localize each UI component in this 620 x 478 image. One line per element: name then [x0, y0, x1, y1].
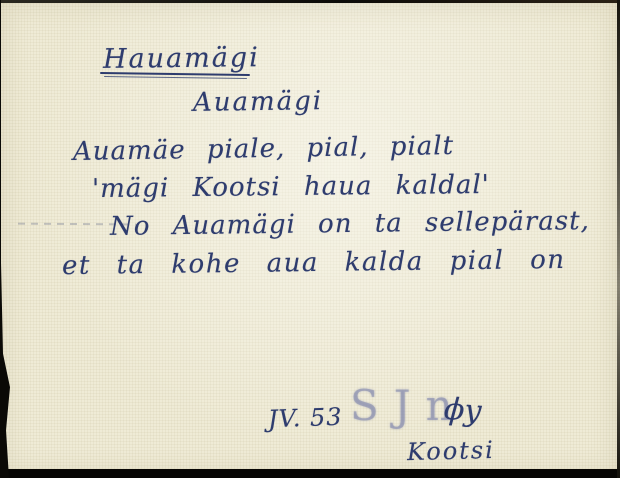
collector-date-mark: JV. 53	[268, 403, 343, 434]
body-line-1: Auamäe piale, pial, pialt	[73, 131, 454, 167]
scan-edge-top	[0, 0, 620, 3]
card-subtitle: Auamägi	[193, 86, 324, 118]
body-line-2: 'mägi Kootsi haua kaldal'	[92, 170, 490, 204]
title-underline-second	[104, 76, 247, 79]
body-line-3: No Auamägi on ta sellepärast,	[110, 206, 590, 242]
card-title: Hauamägi	[103, 42, 260, 75]
handwritten-mark: ϕy	[443, 392, 483, 430]
paper-card: Hauamägi Auamägi Auamäe piale, pial, pia…	[0, 0, 620, 478]
body-line-4: et ta kohe aua kalda pial on	[62, 245, 566, 281]
place-name: Kootsi	[407, 436, 496, 466]
scanned-archive-card: Hauamägi Auamägi Auamäe piale, pial, pia…	[0, 0, 620, 478]
scan-edge-bottom	[0, 469, 620, 478]
